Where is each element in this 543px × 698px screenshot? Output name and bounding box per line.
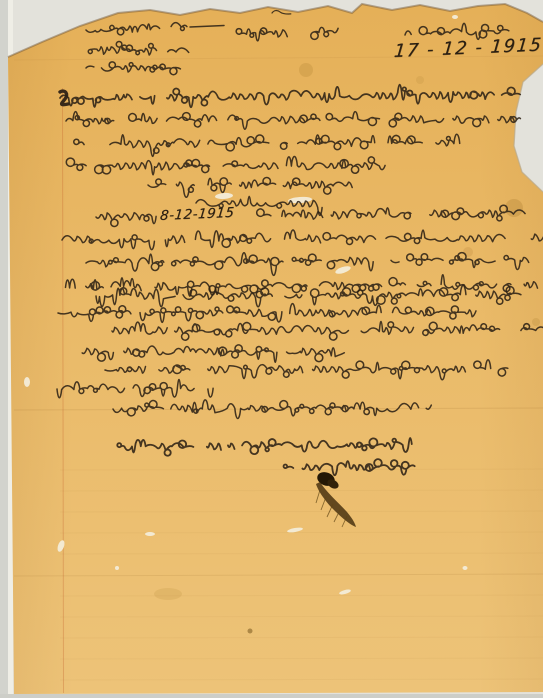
scanner-bottom-strip — [0, 694, 543, 698]
scanner-edge-strip — [0, 0, 8, 698]
scanned-letter-page: ப்ரம்ம ஸ்ரீஉ. லோ. சாமதுரு ஸ்உகணபதி துணைக… — [0, 0, 543, 698]
letter-scan: ப்ரம்ம ஸ்ரீஉ. லோ. சாமதுரு ஸ்உகணபதி துணைக… — [0, 0, 543, 698]
